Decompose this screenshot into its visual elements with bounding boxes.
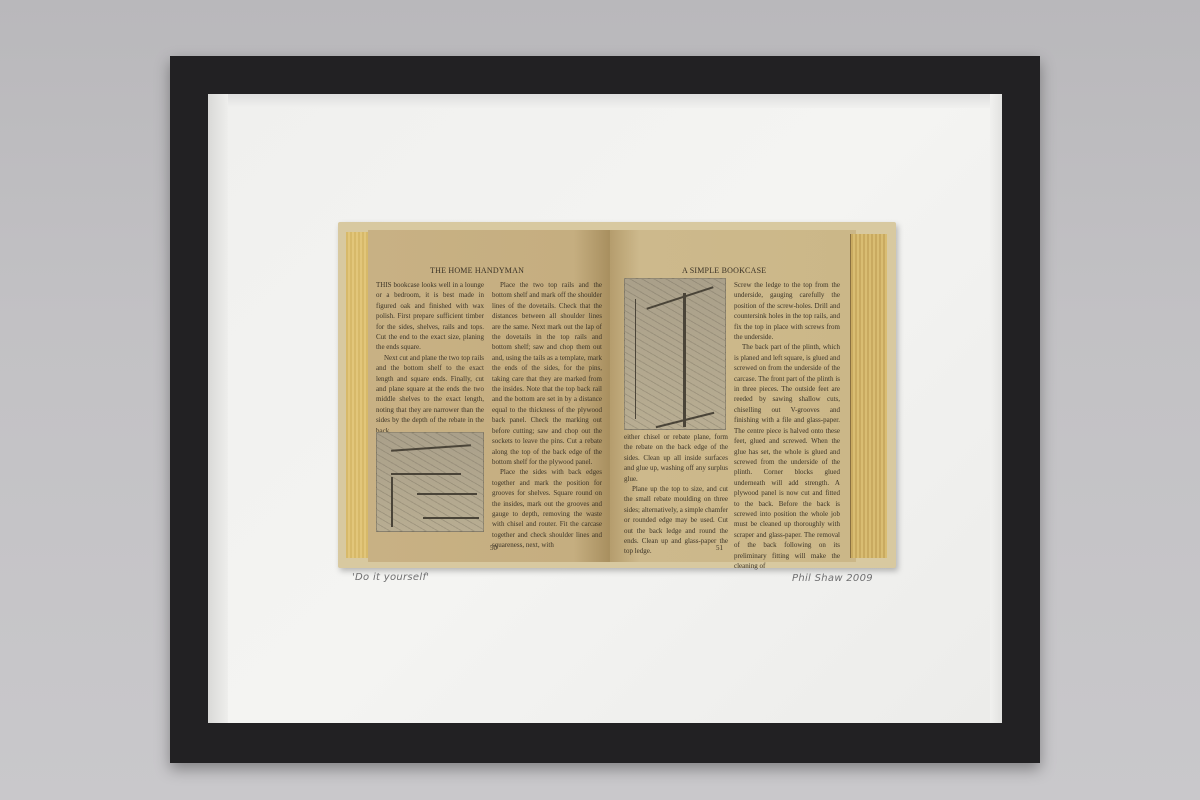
paragraph: Next cut and plane the two top rails and… bbox=[376, 353, 484, 436]
left-page-edges bbox=[346, 232, 370, 558]
shelf-diagram-figure bbox=[376, 432, 484, 532]
left-page-column-1: THIS bookcase looks well in a lounge or … bbox=[376, 280, 484, 436]
paragraph: Plane up the top to size, and cut the sm… bbox=[624, 484, 728, 557]
bookcase-section-figure bbox=[624, 278, 726, 430]
artwork-title-inscription: 'Do it yourself' bbox=[352, 572, 429, 583]
mat-shadow-right bbox=[990, 94, 1002, 723]
left-page-number: 50 bbox=[490, 544, 497, 552]
right-page-column-1: either chisel or rebate plane, form the … bbox=[624, 432, 728, 557]
right-running-head: A SIMPLE BOOKCASE bbox=[682, 266, 766, 275]
paragraph: either chisel or rebate plane, form the … bbox=[624, 432, 728, 484]
mat-shadow-left bbox=[208, 94, 228, 723]
right-page-edges bbox=[850, 234, 887, 558]
right-page-column-2: Screw the ledge to the top from the unde… bbox=[734, 280, 840, 571]
mat-shadow-top bbox=[208, 94, 1002, 108]
left-page-column-2: Place the two top rails and the bottom s… bbox=[492, 280, 602, 551]
paragraph: The back part of the plinth, which is pl… bbox=[734, 342, 840, 571]
artist-signature: Phil Shaw 2009 bbox=[792, 573, 873, 584]
paragraph: THIS bookcase looks well in a lounge or … bbox=[376, 280, 484, 353]
paragraph: Screw the ledge to the top from the unde… bbox=[734, 280, 840, 342]
open-book: THE HOME HANDYMAN THIS bookcase looks we… bbox=[338, 222, 896, 568]
left-running-head: THE HOME HANDYMAN bbox=[430, 266, 524, 275]
paragraph: Place the sides with back edges together… bbox=[492, 467, 602, 550]
right-page: A SIMPLE BOOKCASE either chisel or rebat… bbox=[610, 230, 856, 562]
right-page-number: 51 bbox=[716, 544, 723, 552]
left-page: THE HOME HANDYMAN THIS bookcase looks we… bbox=[368, 230, 610, 562]
paragraph: Place the two top rails and the bottom s… bbox=[492, 280, 602, 467]
